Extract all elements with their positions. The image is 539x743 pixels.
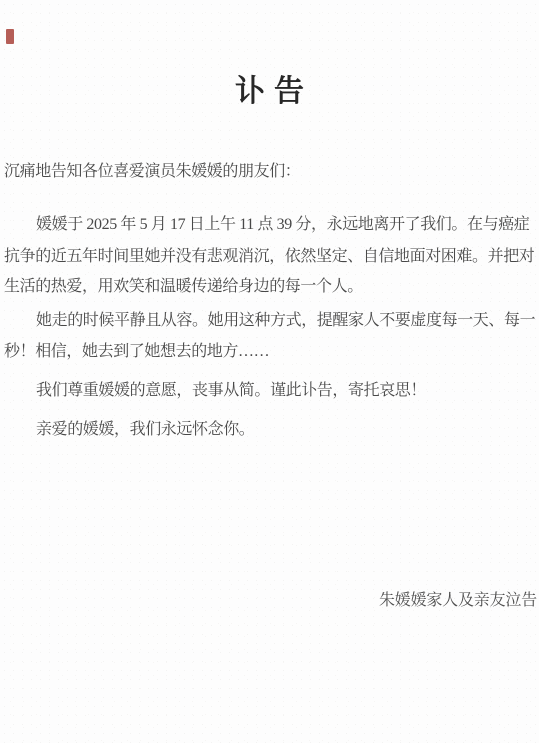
obituary-page: 讣告 沉痛地告知各位喜爱演员朱媛媛的朋友们： 媛媛于 2025 年 5 月 17… [0,0,539,743]
notice-title: 讣告 [0,66,539,110]
red-corner-mark [6,29,14,44]
body-line-4: 她走的时候平静且从容。她用这种方式，提醒家人不要虚度每一天、每一 [4,311,539,331]
body-line-3: 生活的热爱，用欢笑和温暖传递给身边的每一个人。 [4,277,539,297]
signature-line: 朱媛媛家人及亲友泣告 [379,591,537,611]
body-line-2: 抗争的近五年时间里她并没有悲观消沉，依然坚定、自信地面对困难。并把对 [4,247,539,267]
body-line-7: 亲爱的媛媛，我们永远怀念你。 [4,420,539,440]
body-line-5: 秒！相信，她去到了她想去的地方…… [4,342,539,362]
body-line-1: 媛媛于 2025 年 5 月 17 日上午 11 点 39 分，永远地离开了我们… [4,215,539,235]
body-line-6: 我们尊重媛媛的意愿，丧事从简。谨此讣告，寄托哀思！ [4,381,539,401]
salutation-line: 沉痛地告知各位喜爱演员朱媛媛的朋友们： [4,162,539,182]
